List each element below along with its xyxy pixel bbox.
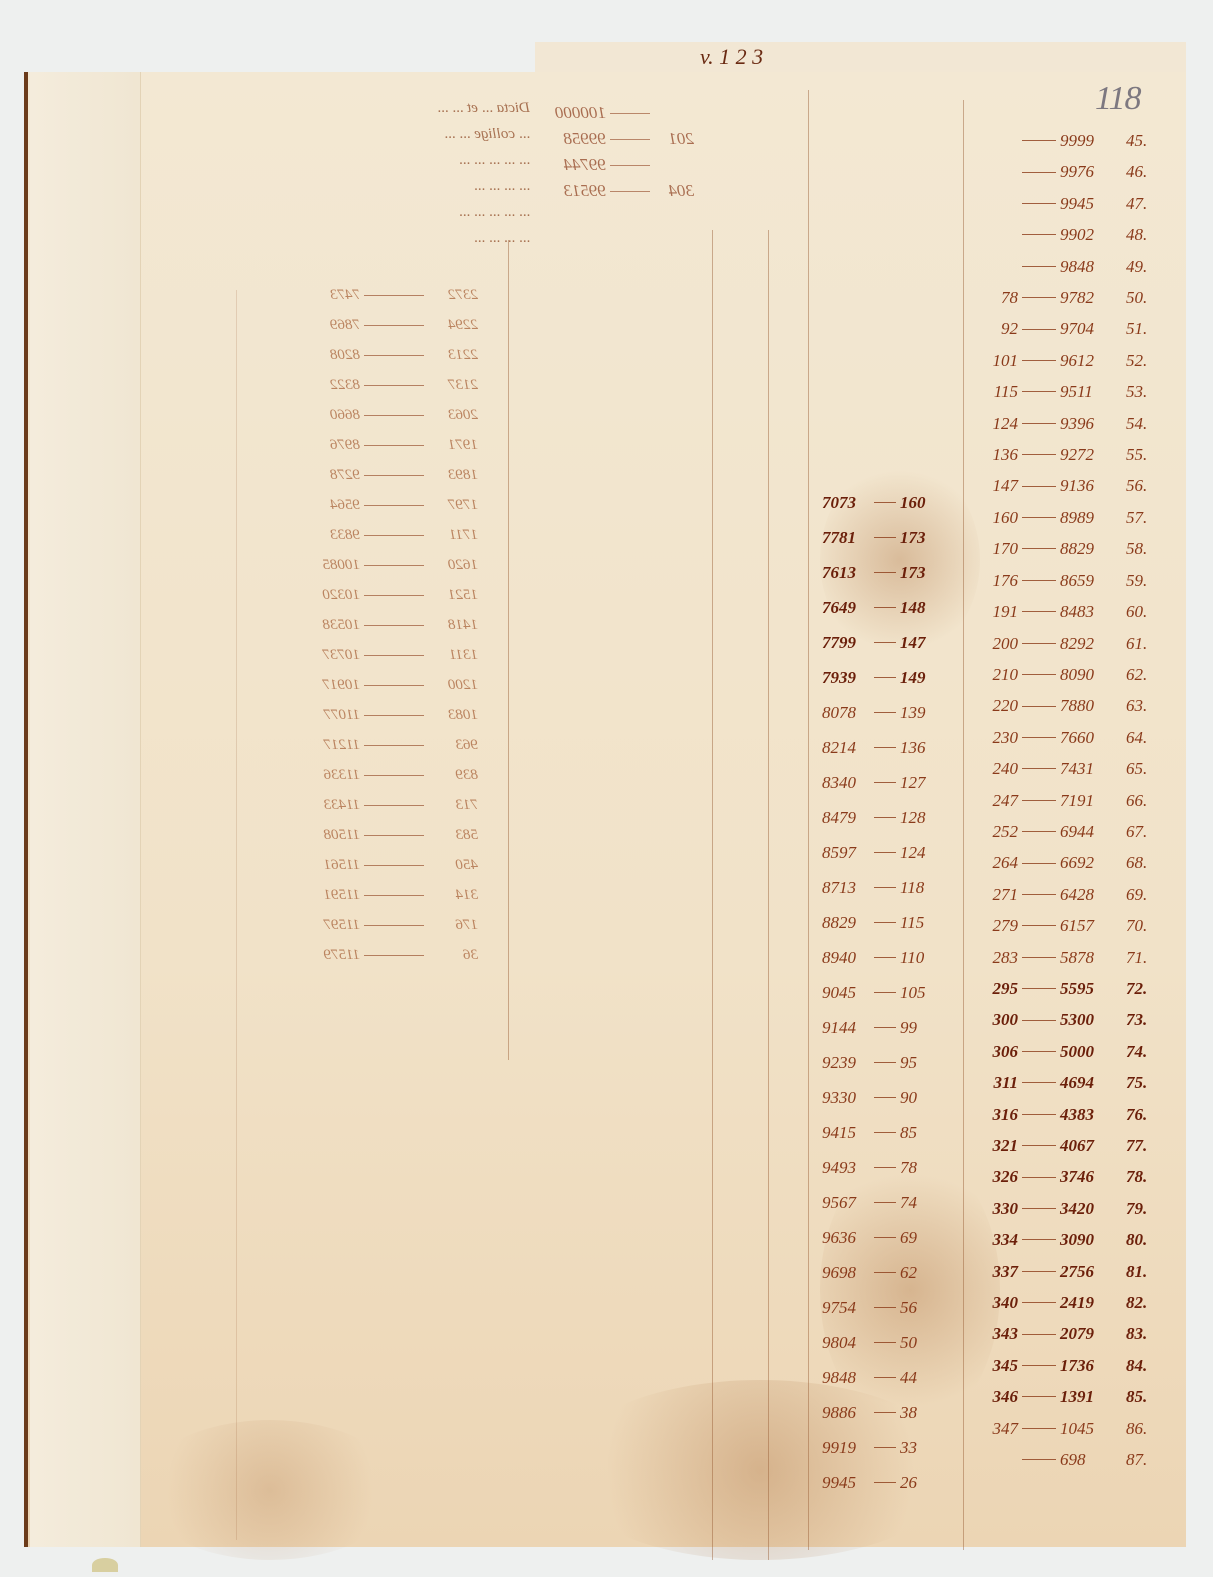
note-line: ... ... ... ... ... (150, 199, 530, 225)
dash-separator (364, 625, 424, 626)
table-row: 984849. (978, 251, 1160, 282)
row-number: 46. (1126, 156, 1160, 187)
row-number: 70. (1126, 910, 1160, 941)
dash-separator (1022, 423, 1056, 424)
difference-cell: 230 (978, 722, 1018, 753)
value-cell: 7649 (822, 590, 870, 625)
table-row: 210809062. (978, 659, 1160, 690)
table-row: 162010085 (310, 550, 478, 580)
dash-separator (1022, 360, 1056, 361)
value-cell: 8340 (822, 765, 870, 800)
dash-separator (1022, 925, 1056, 926)
table-row: 326374678. (978, 1161, 1160, 1192)
table-row: 7799147 (822, 625, 940, 660)
dash-separator (364, 955, 424, 956)
difference-cell: 220 (978, 690, 1018, 721)
table-row: 8597124 (822, 835, 940, 870)
row-number: 74. (1126, 1036, 1160, 1067)
difference-cell: 74 (900, 1185, 940, 1220)
dash-separator (874, 572, 896, 573)
value-cell: 3420 (1060, 1193, 1116, 1224)
value-cell: 7473 (310, 280, 360, 310)
table-row: 9045105 (822, 975, 940, 1010)
dash-separator (874, 537, 896, 538)
table-row: 136927255. (978, 439, 1160, 470)
dash-separator (1022, 1271, 1056, 1272)
dash-separator (364, 895, 424, 896)
dash-separator (1022, 140, 1056, 141)
difference-cell: 78 (900, 1150, 940, 1185)
dash-separator (1022, 1459, 1056, 1460)
ruled-line (963, 100, 964, 1550)
value-cell: 11433 (310, 790, 360, 820)
dash-separator (1022, 894, 1056, 895)
dash-separator (364, 475, 424, 476)
dash-separator (1022, 1302, 1056, 1303)
row-number: 52. (1126, 345, 1160, 376)
value-cell: 11336 (310, 760, 360, 790)
row-number: 73. (1126, 1004, 1160, 1035)
value-cell: 8940 (822, 940, 870, 975)
table-row: 3611579 (310, 940, 478, 970)
value-cell: 5300 (1060, 1004, 1116, 1035)
value-cell: 9330 (822, 1080, 870, 1115)
table-row: 7613173 (822, 555, 940, 590)
difference-cell: 147 (900, 625, 940, 660)
value-cell: 11579 (310, 940, 360, 970)
dash-separator (364, 775, 424, 776)
value-cell: 583 (428, 820, 478, 850)
difference-cell: 78 (978, 282, 1018, 313)
value-cell: 4067 (1060, 1130, 1116, 1161)
row-number: 86. (1126, 1413, 1160, 1444)
difference-cell: 124 (900, 835, 940, 870)
dash-separator (1022, 768, 1056, 769)
difference-cell: 85 (900, 1115, 940, 1150)
folio-number: 118 (1095, 80, 1140, 118)
middle-table: 7073160778117376131737649148779914779391… (822, 485, 940, 1500)
table-row: 69887. (978, 1444, 1160, 1475)
table-row: 100000 (555, 100, 694, 126)
dash-separator (364, 745, 424, 746)
value-cell: 2213 (428, 340, 478, 370)
value-cell: 8659 (1060, 565, 1116, 596)
table-row: 963669 (822, 1220, 940, 1255)
difference-cell: 271 (978, 879, 1018, 910)
difference-cell: 44 (900, 1360, 940, 1395)
value-cell: 7869 (310, 310, 360, 340)
row-number: 49. (1126, 251, 1160, 282)
difference-cell: 343 (978, 1318, 1018, 1349)
dash-separator (874, 502, 896, 503)
value-cell: 7431 (1060, 753, 1116, 784)
table-row: 271642869. (978, 879, 1160, 910)
value-cell: 9902 (1060, 219, 1116, 250)
difference-cell: 316 (978, 1099, 1018, 1130)
difference-cell: 147 (978, 470, 1018, 501)
difference-cell: 69 (900, 1220, 940, 1255)
row-number: 61. (1126, 628, 1160, 659)
value-cell: 10538 (310, 610, 360, 640)
value-cell: 7073 (822, 485, 870, 520)
dash-separator (874, 1237, 896, 1238)
dash-separator (1022, 1334, 1056, 1335)
row-number: 79. (1126, 1193, 1160, 1224)
difference-cell: 173 (900, 555, 940, 590)
value-cell: 9919 (822, 1430, 870, 1465)
row-number: 58. (1126, 533, 1160, 564)
value-cell: 7613 (822, 555, 870, 590)
dash-separator (874, 642, 896, 643)
dash-separator (1022, 1239, 1056, 1240)
row-number: 55. (1126, 439, 1160, 470)
sheet-left-edge (24, 72, 28, 1547)
value-cell: 713 (428, 790, 478, 820)
table-row: 108311077 (310, 700, 478, 730)
difference-cell: 173 (900, 520, 940, 555)
dash-separator (364, 505, 424, 506)
note-line: ... ... ... ... ... (150, 147, 530, 173)
difference-cell: 176 (978, 565, 1018, 596)
dash-separator (874, 1447, 896, 1448)
row-number: 87. (1126, 1444, 1160, 1475)
table-row: 18939278 (310, 460, 478, 490)
difference-cell: 99 (900, 1010, 940, 1045)
dash-separator (874, 712, 896, 713)
table-row: 988638 (822, 1395, 940, 1430)
value-cell: 9511 (1060, 376, 1116, 407)
difference-cell: 95 (900, 1045, 940, 1080)
table-row: 8340127 (822, 765, 940, 800)
value-cell: 9833 (310, 520, 360, 550)
dash-separator (1022, 1082, 1056, 1083)
value-cell: 36 (428, 940, 478, 970)
dash-separator (874, 1377, 896, 1378)
table-row: 991933 (822, 1430, 940, 1465)
row-number: 57. (1126, 502, 1160, 533)
table-row: 975456 (822, 1290, 940, 1325)
value-cell: 9564 (310, 490, 360, 520)
dash-separator (1022, 1177, 1056, 1178)
value-cell: 9415 (822, 1115, 870, 1150)
row-number: 81. (1126, 1256, 1160, 1287)
value-cell: 2372 (428, 280, 478, 310)
binding-guard-strip (30, 72, 141, 1547)
table-row: 240743165. (978, 753, 1160, 784)
value-cell: 1045 (1060, 1413, 1116, 1444)
dash-separator (1022, 297, 1056, 298)
value-cell: 2419 (1060, 1287, 1116, 1318)
dash-separator (1022, 517, 1056, 518)
dash-separator (364, 445, 424, 446)
dash-separator (1022, 1208, 1056, 1209)
value-cell: 1391 (1060, 1381, 1116, 1412)
difference-cell: 38 (900, 1395, 940, 1430)
row-number: 50. (1126, 282, 1160, 313)
difference-cell: 347 (978, 1413, 1018, 1444)
table-row: 7649148 (822, 590, 940, 625)
stain (140, 1420, 400, 1560)
table-row: 306500074. (978, 1036, 1160, 1067)
table-row: 334309080. (978, 1224, 1160, 1255)
value-cell: 8713 (822, 870, 870, 905)
difference-cell: 136 (900, 730, 940, 765)
difference-cell: 191 (978, 596, 1018, 627)
table-row: 984844 (822, 1360, 940, 1395)
note-line: ... ... ... ... (150, 173, 530, 199)
table-row: 141810538 (310, 610, 478, 640)
dash-separator (364, 415, 424, 416)
row-number: 53. (1126, 376, 1160, 407)
table-row: 337275681. (978, 1256, 1160, 1287)
table-row: 8713118 (822, 870, 940, 905)
table-row: 300530073. (978, 1004, 1160, 1035)
value-cell: 7660 (1060, 722, 1116, 753)
row-number: 76. (1126, 1099, 1160, 1130)
difference-cell: 326 (978, 1161, 1018, 1192)
value-cell: 4694 (1060, 1067, 1116, 1098)
table-row: 330342079. (978, 1193, 1160, 1224)
table-row: 914499 (822, 1010, 940, 1045)
dash-separator (1022, 674, 1056, 675)
value-cell: 9945 (1060, 188, 1116, 219)
value-cell: 11597 (310, 910, 360, 940)
value-cell: 8090 (1060, 659, 1116, 690)
value-cell: 10737 (310, 640, 360, 670)
dash-separator (874, 1307, 896, 1308)
dash-separator (364, 805, 424, 806)
table-row: 176865959. (978, 565, 1160, 596)
difference-cell: 200 (978, 628, 1018, 659)
table-row: 83911336 (310, 760, 478, 790)
dash-separator (1022, 1114, 1056, 1115)
dash-separator (1022, 800, 1056, 801)
table-row: 311469475. (978, 1067, 1160, 1098)
row-number: 64. (1126, 722, 1160, 753)
table-row: 980450 (822, 1325, 940, 1360)
value-cell: 8597 (822, 835, 870, 870)
difference-cell: 149 (900, 660, 940, 695)
value-cell: 9493 (822, 1150, 870, 1185)
dash-separator (364, 835, 424, 836)
difference-cell: 210 (978, 659, 1018, 690)
table-row: 115951153. (978, 376, 1160, 407)
table-row: 8078139 (822, 695, 940, 730)
row-number: 83. (1126, 1318, 1160, 1349)
dash-separator (1022, 988, 1056, 989)
value-cell: 6944 (1060, 816, 1116, 847)
dash-separator (1022, 203, 1056, 204)
difference-cell: 124 (978, 408, 1018, 439)
difference-cell: 160 (978, 502, 1018, 533)
table-row: 279615770. (978, 910, 1160, 941)
table-row: 22947869 (310, 310, 478, 340)
dash-separator (874, 607, 896, 608)
row-number: 80. (1126, 1224, 1160, 1255)
table-row: 20199958 (555, 126, 694, 152)
dash-separator (874, 887, 896, 888)
dash-separator (1022, 706, 1056, 707)
value-cell: 9999 (1060, 125, 1116, 156)
difference-cell: 334 (978, 1224, 1018, 1255)
dash-separator (364, 715, 424, 716)
value-cell: 839 (428, 760, 478, 790)
dash-separator (364, 355, 424, 356)
dash-separator (364, 385, 424, 386)
row-number: 72. (1126, 973, 1160, 1004)
value-cell: 176 (428, 910, 478, 940)
row-number: 71. (1126, 942, 1160, 973)
row-number: 84. (1126, 1350, 1160, 1381)
difference-cell: 160 (900, 485, 940, 520)
row-number: 56. (1126, 470, 1160, 501)
difference-cell: 127 (900, 765, 940, 800)
table-row: 7781173 (822, 520, 940, 555)
difference-cell: 115 (978, 376, 1018, 407)
dash-separator (874, 922, 896, 923)
value-cell: 1711 (428, 520, 478, 550)
value-cell: 6692 (1060, 847, 1116, 878)
table-row: 131110737 (310, 640, 478, 670)
dash-separator (874, 1482, 896, 1483)
value-cell: 4383 (1060, 1099, 1116, 1130)
dash-separator (1022, 957, 1056, 958)
dash-separator (874, 1132, 896, 1133)
value-cell: 8214 (822, 730, 870, 765)
table-row: 247719166. (978, 785, 1160, 816)
note-line: Dicta ... et ... ... (150, 95, 530, 121)
value-cell: 8208 (310, 340, 360, 370)
difference-cell: 346 (978, 1381, 1018, 1412)
row-number: 77. (1126, 1130, 1160, 1161)
row-number: 63. (1126, 690, 1160, 721)
difference-cell: 247 (978, 785, 1018, 816)
value-cell: 9886 (822, 1395, 870, 1430)
ruled-line (808, 90, 809, 1550)
value-cell: 8483 (1060, 596, 1116, 627)
value-cell: 11561 (310, 850, 360, 880)
value-cell: 9976 (1060, 156, 1116, 187)
value-cell: 1521 (428, 580, 478, 610)
dash-separator (874, 992, 896, 993)
right-table: 999945.997646.994547.990248.984849.78978… (978, 125, 1160, 1475)
value-cell: 9567 (822, 1185, 870, 1220)
value-cell: 1200 (428, 670, 478, 700)
table-row: 200829261. (978, 628, 1160, 659)
value-cell: 314 (428, 880, 478, 910)
row-number: 82. (1126, 1287, 1160, 1318)
table-row: 152110320 (310, 580, 478, 610)
value-cell: 11591 (310, 880, 360, 910)
table-row: 147913656. (978, 470, 1160, 501)
difference-cell: 306 (978, 1036, 1018, 1067)
difference-cell: 337 (978, 1256, 1018, 1287)
dash-separator (874, 1062, 896, 1063)
dash-separator (1022, 1365, 1056, 1366)
value-cell: 1311 (428, 640, 478, 670)
difference-cell: 148 (900, 590, 940, 625)
difference-cell: 115 (900, 905, 940, 940)
row-number: 75. (1126, 1067, 1160, 1098)
value-cell: 2137 (428, 370, 478, 400)
table-row: 933090 (822, 1080, 940, 1115)
table-row: 969862 (822, 1255, 940, 1290)
dash-separator (364, 595, 424, 596)
value-cell: 6157 (1060, 910, 1116, 941)
value-cell: 9144 (822, 1010, 870, 1045)
row-number: 85. (1126, 1381, 1160, 1412)
ruled-line (768, 230, 769, 1560)
table-row: 295559572. (978, 973, 1160, 1004)
table-row: 340241982. (978, 1287, 1160, 1318)
ruled-line (508, 240, 509, 1060)
table-row: 96311217 (310, 730, 478, 760)
value-cell: 10917 (310, 670, 360, 700)
row-number: 51. (1126, 313, 1160, 344)
left-table: 2372747322947869221382082137832220638660… (310, 280, 478, 970)
value-cell: 11217 (310, 730, 360, 760)
ruled-line (236, 290, 237, 1540)
dash-separator (1022, 486, 1056, 487)
value-cell: 9396 (1060, 408, 1116, 439)
value-cell: 9612 (1060, 345, 1116, 376)
note-line: ... collige ... ... (150, 121, 530, 147)
value-cell: 8829 (1060, 533, 1116, 564)
dash-separator (364, 925, 424, 926)
dash-separator (874, 1027, 896, 1028)
dash-separator (874, 1342, 896, 1343)
value-cell: 9782 (1060, 282, 1116, 313)
value-cell: 698 (1060, 1444, 1116, 1475)
dash-separator (1022, 737, 1056, 738)
table-row: 994526 (822, 1465, 940, 1500)
dash-separator (874, 852, 896, 853)
row-number: 48. (1126, 219, 1160, 250)
table-row: 19718976 (310, 430, 478, 460)
row-number: 45. (1126, 125, 1160, 156)
dash-separator (874, 1202, 896, 1203)
table-row: 252694467. (978, 816, 1160, 847)
table-row: 956774 (822, 1185, 940, 1220)
table-row: 191848360. (978, 596, 1160, 627)
table-row: 230766064. (978, 722, 1160, 753)
row-number: 59. (1126, 565, 1160, 596)
difference-cell: 139 (900, 695, 940, 730)
dash-separator (874, 1167, 896, 1168)
dash-separator (1022, 1428, 1056, 1429)
row-number: 65. (1126, 753, 1160, 784)
table-row: 17119833 (310, 520, 478, 550)
value-cell: 8292 (1060, 628, 1116, 659)
dash-separator (1022, 643, 1056, 644)
dash-separator (874, 1097, 896, 1098)
difference-cell: 90 (900, 1080, 940, 1115)
table-row: 343207983. (978, 1318, 1160, 1349)
row-number: 47. (1126, 188, 1160, 219)
dash-separator (1022, 1051, 1056, 1052)
value-cell: 9239 (822, 1045, 870, 1080)
value-cell: 963 (428, 730, 478, 760)
difference-cell: 345 (978, 1350, 1018, 1381)
difference-cell: 56 (900, 1290, 940, 1325)
dash-separator (874, 677, 896, 678)
dash-separator (1022, 234, 1056, 235)
table-row: 92970451. (978, 313, 1160, 344)
value-cell: 8660 (310, 400, 360, 430)
dash-separator (364, 685, 424, 686)
table-row: 22138208 (310, 340, 478, 370)
table-row: 949378 (822, 1150, 940, 1185)
